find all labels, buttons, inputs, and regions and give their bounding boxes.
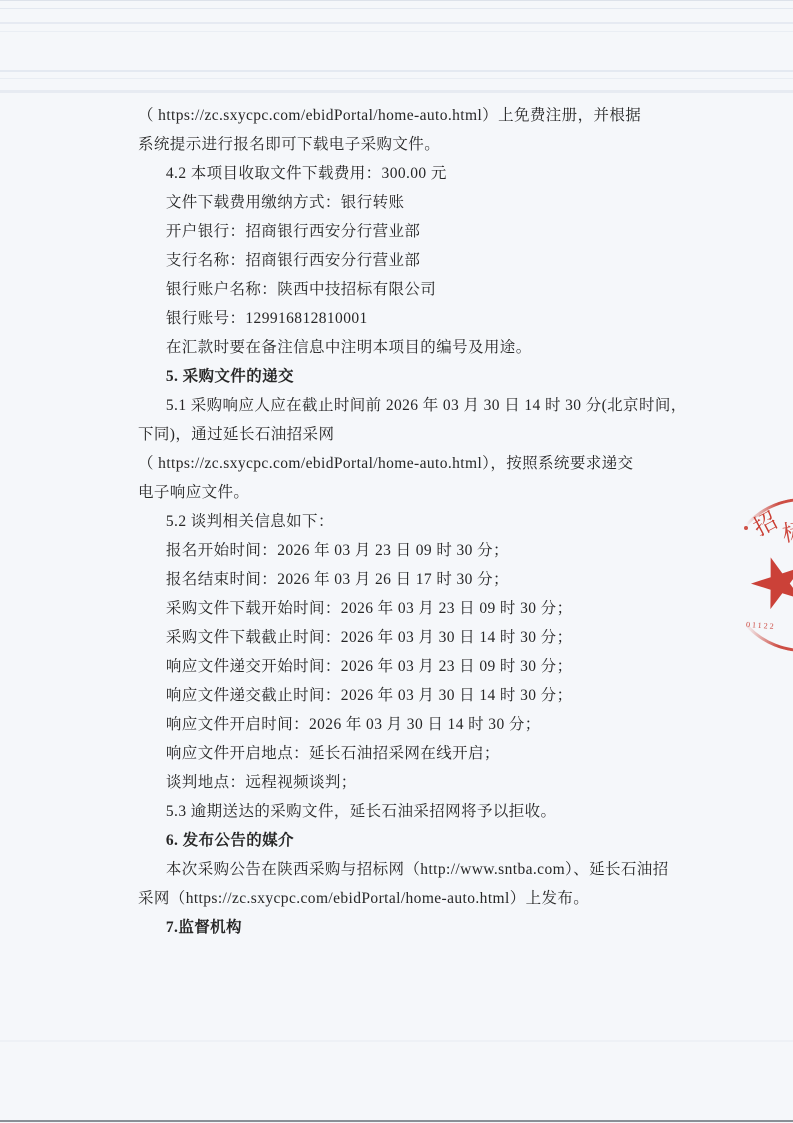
text-line-url-submit: （ https://zc.sxycpc.com/ebidPortal/home-… — [138, 449, 678, 478]
section-heading-6: 6. 发布公告的媒介 — [138, 826, 678, 855]
stamp-text-char: 招 — [747, 503, 783, 543]
text-line-payment-method: 文件下载费用缴纳方式：银行转账 — [138, 188, 678, 217]
text-line-opening-place: 响应文件开启地点：延长石油招采网在线开启； — [138, 739, 678, 768]
text-line-negotiation-place: 谈判地点：远程视频谈判； — [138, 768, 678, 797]
text-line: 系统提示进行报名即可下载电子采购文件。 — [138, 130, 678, 159]
star-icon — [744, 549, 793, 618]
stamp-serial-digits: 01122 — [746, 620, 776, 631]
text-line: 电子响应文件。 — [138, 478, 678, 507]
text-line-5-1-deadline: 5.1 采购响应人应在截止时间前 2026 年 03 月 30 日 14 时 3… — [138, 391, 678, 420]
scan-edge-bottom — [0, 1120, 793, 1122]
text-line-branch-name: 支行名称：招商银行西安分行营业部 — [138, 246, 678, 275]
text-line-url-register: （ https://zc.sxycpc.com/ebidPortal/home-… — [138, 101, 678, 130]
text-line-response-end: 响应文件递交截止时间：2026 年 03 月 30 日 14 时 30 分； — [138, 681, 678, 710]
text-line: 下同)，通过延长石油招采网 — [138, 420, 678, 449]
section-heading-5: 5. 采购文件的递交 — [138, 362, 678, 391]
text-line-download-start: 采购文件下载开始时间：2026 年 03 月 23 日 09 时 30 分； — [138, 594, 678, 623]
text-line-response-start: 响应文件递交开始时间：2026 年 03 月 23 日 09 时 30 分； — [138, 652, 678, 681]
text-line-download-fee: 4.2 本项目收取文件下载费用：300.00 元 — [138, 159, 678, 188]
text-line-remittance-note: 在汇款时要在备注信息中注明本项目的编号及用途。 — [138, 333, 678, 362]
text-line-download-end: 采购文件下载截止时间：2026 年 03 月 30 日 14 时 30 分； — [138, 623, 678, 652]
scan-artifact-line — [0, 1040, 793, 1042]
scan-artifact-line — [0, 8, 793, 9]
text-line-account-number: 银行账号：129916812810001 — [138, 304, 678, 333]
text-line-signup-end: 报名结束时间：2026 年 03 月 26 日 17 时 30 分； — [138, 565, 678, 594]
text-line-bank-name: 开户银行：招商银行西安分行营业部 — [138, 217, 678, 246]
text-line-5-3-late: 5.3 逾期送达的采购文件，延长石油采招网将予以拒收。 — [138, 797, 678, 826]
text-line-announcement-media-2: 采网（https://zc.sxycpc.com/ebidPortal/home… — [138, 884, 678, 913]
scan-artifact-line — [0, 22, 793, 24]
text-line-5-2-intro: 5.2 谈判相关信息如下： — [138, 507, 678, 536]
text-line-opening-time: 响应文件开启时间：2026 年 03 月 30 日 14 时 30 分； — [138, 710, 678, 739]
scan-artifact-line — [0, 31, 793, 32]
scan-artifact-line — [0, 78, 793, 79]
scan-artifact-line — [0, 70, 793, 72]
text-line-signup-start: 报名开始时间：2026 年 03 月 23 日 09 时 30 分； — [138, 536, 678, 565]
stamp-text-char: 标 — [779, 512, 793, 548]
scan-artifact-line — [0, 90, 793, 93]
text-line-announcement-media: 本次采购公告在陕西采购与招标网（http://www.sntba.com）、延长… — [138, 855, 678, 884]
stamp-ink-dot — [744, 526, 748, 530]
document-body: （ https://zc.sxycpc.com/ebidPortal/home-… — [138, 101, 678, 942]
text-line-account-name: 银行账户名称：陕西中技招标有限公司 — [138, 275, 678, 304]
red-seal-stamp: 招 标 01122 — [720, 488, 793, 668]
section-heading-7: 7.监督机构 — [138, 913, 678, 942]
stamp-ring — [726, 498, 793, 652]
scanned-document-page: （ https://zc.sxycpc.com/ebidPortal/home-… — [0, 0, 793, 1123]
scan-edge-top — [0, 0, 793, 1]
